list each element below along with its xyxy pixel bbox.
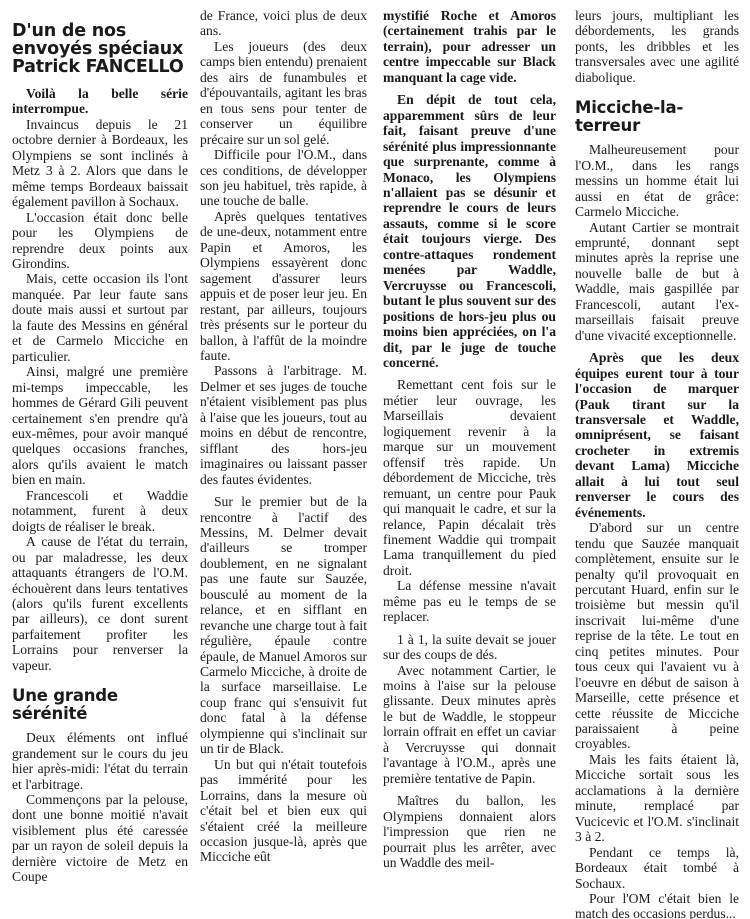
byline-heading: D'un de nos envoyés spéciaux Patrick FAN… [12, 22, 188, 76]
article-column-4: leurs jours, multipliant les débordement… [575, 8, 739, 919]
paragraph: Un but qui n'était toutefois pas immérit… [200, 757, 367, 865]
paragraph: Après que les deux équipes eurent tour à… [575, 350, 739, 520]
paragraph: D'abord sur un centre tendu que Sauzée m… [575, 520, 739, 752]
paragraph: Sur le premier but de la rencontre à l'a… [200, 494, 367, 757]
paragraph: Mais les faits étaient là, Micciche sort… [575, 752, 739, 845]
paragraph: Deux éléments ont influé grandement sur … [12, 730, 188, 792]
subheading: Une grande sérénité [12, 687, 188, 723]
subheading: Micciche-la-terreur [575, 99, 739, 135]
paragraph: Maîtres du ballon, les Olympiens donnaie… [383, 793, 556, 870]
paragraph: Francescoli et Waddie notamment, furent … [12, 488, 188, 534]
paragraph: Ainsi, malgré une première mi-temps impe… [12, 364, 188, 488]
paragraph: Avec notamment Cartier, le moins à l'ais… [383, 663, 556, 787]
article-column-1: D'un de nos envoyés spéciaux Patrick FAN… [12, 22, 188, 885]
paragraph: En dépit de tout cela, apparemment sûrs … [383, 92, 556, 370]
article-column-2: de France, voici plus de deux ans. Les j… [200, 8, 367, 865]
article-column-3: mystifié Roche et Amoros (certainement t… [383, 8, 556, 870]
paragraph: Après quelques tentatives de une-deux, n… [200, 209, 367, 364]
paragraph: Invaincus depuis le 21 octobre dernier à… [12, 117, 188, 210]
paragraph: Mais, cette occasion ils l'ont manquée. … [12, 271, 188, 364]
paragraph: A cause de l'état du terrain, ou par mal… [12, 534, 188, 673]
paragraph: Les joueurs (des deux camps bien entendu… [200, 39, 367, 147]
paragraph: Difficile pour l'O.M., dans ces conditio… [200, 147, 367, 209]
paragraph: L'occasion était donc belle pour les Oly… [12, 210, 188, 272]
paragraph: Passons à l'arbitrage. M. Delmer et ses … [200, 363, 367, 487]
paragraph: mystifié Roche et Amoros (certainement t… [383, 8, 556, 85]
paragraph: 1 à 1, la suite devait se jouer sur des … [383, 632, 556, 663]
paragraph: de France, voici plus de deux ans. [200, 8, 367, 39]
paragraph: Pendant ce temps là, Bordeaux était tomb… [575, 845, 739, 891]
paragraph: leurs jours, multipliant les débordement… [575, 8, 739, 85]
paragraph: Autant Cartier se montrait emprunté, don… [575, 220, 739, 344]
paragraph: Remettant cent fois sur le métier leur o… [383, 377, 556, 578]
paragraph: La défense messine n'avait même pas eu l… [383, 578, 556, 624]
paragraph: Malheureusement pour l'O.M., dans les ra… [575, 142, 739, 219]
paragraph: Pour l'OM c'était bien le match des occa… [575, 891, 739, 919]
paragraph: Commençons par la pelouse, dont une bonn… [12, 792, 188, 885]
paragraph: Voilà la belle série interrompue. [12, 86, 188, 117]
